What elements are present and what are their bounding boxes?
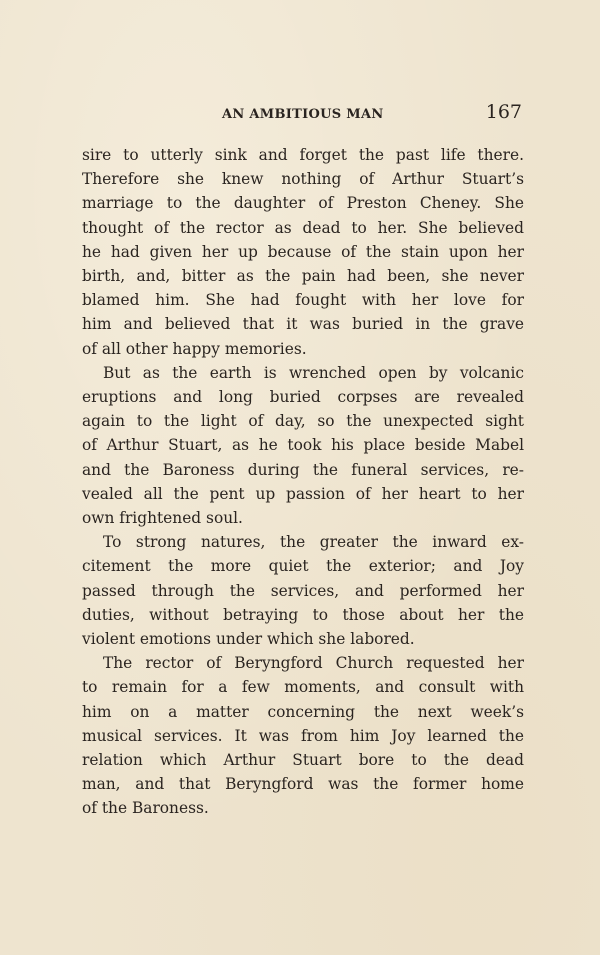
running-title: AN AMBITIOUS MAN: [222, 107, 384, 122]
text-line: blamed him. She had fought with her love…: [82, 288, 524, 312]
paragraph-3: To strong natures, the greater the inwar…: [82, 530, 524, 651]
text-line: and the Baroness during the funeral serv…: [82, 458, 524, 482]
paragraph-4: The rector of Beryngford Church requeste…: [82, 651, 524, 820]
text-line: To strong natures, the greater the inwar…: [82, 530, 524, 554]
text-line: But as the earth is wrenched open by vol…: [82, 361, 524, 385]
text-line: of all other happy memories.: [82, 337, 524, 361]
book-page: AN AMBITIOUS MAN 167 sire to utterly sin…: [0, 0, 600, 955]
text-line: him on a matter concerning the next week…: [82, 700, 524, 724]
paragraph-2: But as the earth is wrenched open by vol…: [82, 361, 524, 530]
text-line: eruptions and long buried corpses are re…: [82, 385, 524, 409]
text-line: violent emotions under which she labored…: [82, 627, 524, 651]
text-line: of the Baroness.: [82, 796, 524, 820]
page-number: 167: [486, 101, 522, 123]
running-head: AN AMBITIOUS MAN 167: [82, 103, 522, 127]
text-line: own frightened soul.: [82, 506, 524, 530]
text-line: passed through the services, and perform…: [82, 579, 524, 603]
text-line: to remain for a few moments, and consult…: [82, 675, 524, 699]
paragraph-1: sire to utterly sink and forget the past…: [82, 143, 524, 361]
text-line: again to the light of day, so the unexpe…: [82, 409, 524, 433]
text-line: man, and that Beryngford was the former …: [82, 772, 524, 796]
text-line: Therefore she knew nothing of Arthur Stu…: [82, 167, 524, 191]
text-line: birth, and, bitter as the pain had been,…: [82, 264, 524, 288]
text-line: thought of the rector as dead to her. Sh…: [82, 216, 524, 240]
text-line: of Arthur Stuart, as he took his place b…: [82, 433, 524, 457]
text-line: marriage to the daughter of Preston Chen…: [82, 191, 524, 215]
text-line: relation which Arthur Stuart bore to the…: [82, 748, 524, 772]
text-line: duties, without betraying to those about…: [82, 603, 524, 627]
text-line: citement the more quiet the exterior; an…: [82, 554, 524, 578]
text-line: The rector of Beryngford Church requeste…: [82, 651, 524, 675]
text-line: he had given her up because of the stain…: [82, 240, 524, 264]
text-line: vealed all the pent up passion of her he…: [82, 482, 524, 506]
text-line: musical services. It was from him Joy le…: [82, 724, 524, 748]
body-text: sire to utterly sink and forget the past…: [82, 143, 524, 821]
text-line: sire to utterly sink and forget the past…: [82, 143, 524, 167]
text-line: him and believed that it was buried in t…: [82, 312, 524, 336]
